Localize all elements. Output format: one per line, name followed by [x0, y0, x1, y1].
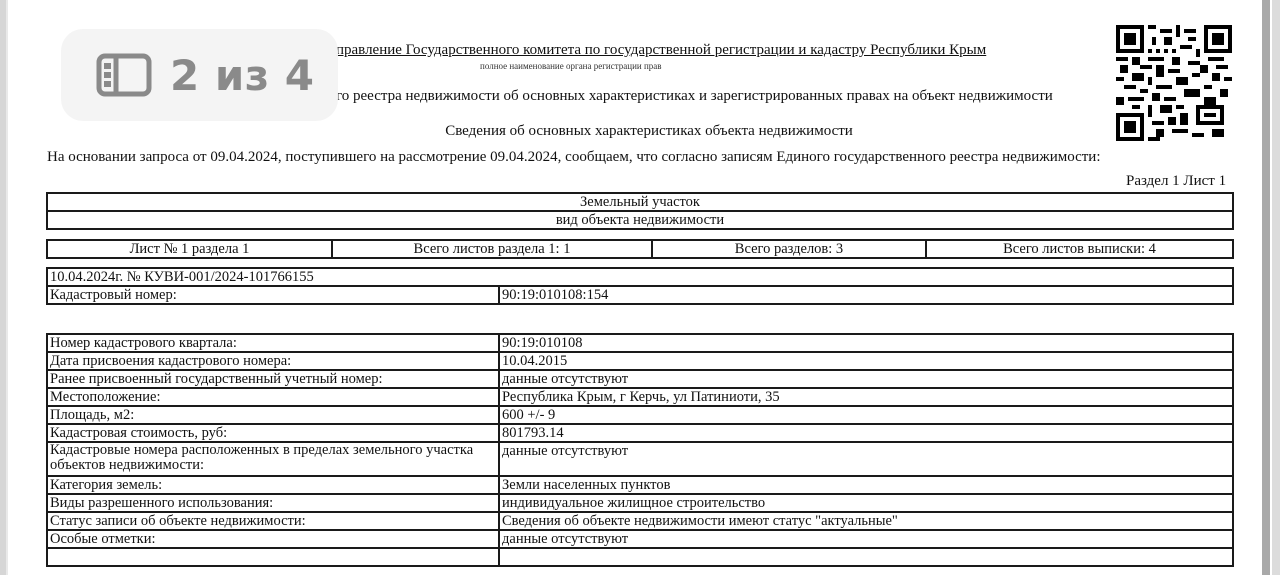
property-label: Номер кадастрового квартала:: [47, 334, 499, 352]
property-label: Кадастровая стоимость, руб:: [47, 424, 499, 442]
property-label: Местоположение:: [47, 388, 499, 406]
org-caption: полное наименование органа регистрации п…: [480, 61, 662, 71]
property-value: 90:19:010108: [499, 334, 1233, 352]
property-label: Дата присвоения кадастрового номера:: [47, 352, 499, 370]
property-value: 801793.14: [499, 424, 1233, 442]
property-value: Сведения об объекте недвижимости имеют с…: [499, 512, 1233, 530]
page-indicator-text: 2 из 4: [170, 51, 315, 100]
property-label: Площадь, м2:: [47, 406, 499, 424]
section-title: Сведения об основных характеристиках объ…: [0, 123, 1280, 140]
viewer-right-edge: [1272, 0, 1280, 575]
table-row: Дата присвоения кадастрового номера:10.0…: [47, 352, 1233, 370]
table-row: Кадастровая стоимость, руб:801793.14: [47, 424, 1233, 442]
property-label: Категория земель:: [47, 476, 499, 494]
extract-number: 10.04.2024г. № КУВИ-001/2024-101766155: [47, 268, 1233, 286]
property-label: Виды разрешенного использования:: [47, 494, 499, 512]
table-row: [47, 548, 1233, 566]
property-value: данные отсутствуют: [499, 530, 1233, 548]
sheet-number: Лист № 1 раздела 1: [47, 240, 332, 258]
property-value: индивидуальное жилищное строительство: [499, 494, 1233, 512]
table-row: Местоположение:Республика Крым, г Керчь,…: [47, 388, 1233, 406]
property-label: Ранее присвоенный государственный учетны…: [47, 370, 499, 388]
sheet-reference: Раздел 1 Лист 1: [1126, 173, 1226, 190]
table-row: Кадастровые номера расположенных в преде…: [47, 442, 1233, 476]
org-name: правление Государственного комитета по г…: [336, 42, 986, 59]
table-row: Ранее присвоенный государственный учетны…: [47, 370, 1233, 388]
property-value: [499, 548, 1233, 566]
viewer-left-edge: [0, 0, 8, 575]
property-label: Особые отметки:: [47, 530, 499, 548]
table-row: Статус записи об объекте недвижимости:Св…: [47, 512, 1233, 530]
qr-code-icon: [1115, 25, 1233, 141]
table-row: Номер кадастрового квартала:90:19:010108: [47, 334, 1233, 352]
object-type-caption: вид объекта недвижимости: [47, 211, 1233, 229]
property-value: 10.04.2015: [499, 352, 1233, 370]
sections-total: Всего разделов: 3: [652, 240, 926, 258]
property-label: [47, 548, 499, 566]
object-type: Земельный участок: [47, 193, 1233, 211]
property-value: данные отсутствуют: [499, 370, 1233, 388]
extract-sheets-total: Всего листов выписки: 4: [926, 240, 1233, 258]
property-value: данные отсутствуют: [499, 442, 1233, 476]
object-type-table: Земельный участок вид объекта недвижимос…: [46, 192, 1234, 230]
table-row: Площадь, м2:600 +/- 9: [47, 406, 1233, 424]
cadastral-value: 90:19:010108:154: [499, 286, 1233, 304]
property-value: Республика Крым, г Керчь, ул Патиниоти, …: [499, 388, 1233, 406]
property-value: Земли населенных пунктов: [499, 476, 1233, 494]
viewer-scrollbar[interactable]: [1262, 0, 1270, 575]
section-sheets-total: Всего листов раздела 1: 1: [332, 240, 652, 258]
properties-table: Номер кадастрового квартала:90:19:010108…: [46, 333, 1234, 567]
doc-title: го реестра недвижимости об основных хара…: [336, 88, 1053, 105]
table-row: Категория земель:Земли населенных пункто…: [47, 476, 1233, 494]
sheet-info-table: Лист № 1 раздела 1 Всего листов раздела …: [46, 239, 1234, 259]
sidebar-icon: [96, 53, 152, 97]
intro-text: На основании запроса от 09.04.2024, пост…: [47, 149, 1101, 166]
property-value: 600 +/- 9: [499, 406, 1233, 424]
page-indicator[interactable]: 2 из 4: [61, 29, 338, 121]
cadastral-label: Кадастровый номер:: [47, 286, 499, 304]
table-row: Виды разрешенного использования:индивиду…: [47, 494, 1233, 512]
property-label: Кадастровые номера расположенных в преде…: [47, 442, 499, 476]
extract-table: 10.04.2024г. № КУВИ-001/2024-101766155 К…: [46, 267, 1234, 305]
table-row: Особые отметки:данные отсутствуют: [47, 530, 1233, 548]
property-label: Статус записи об объекте недвижимости:: [47, 512, 499, 530]
